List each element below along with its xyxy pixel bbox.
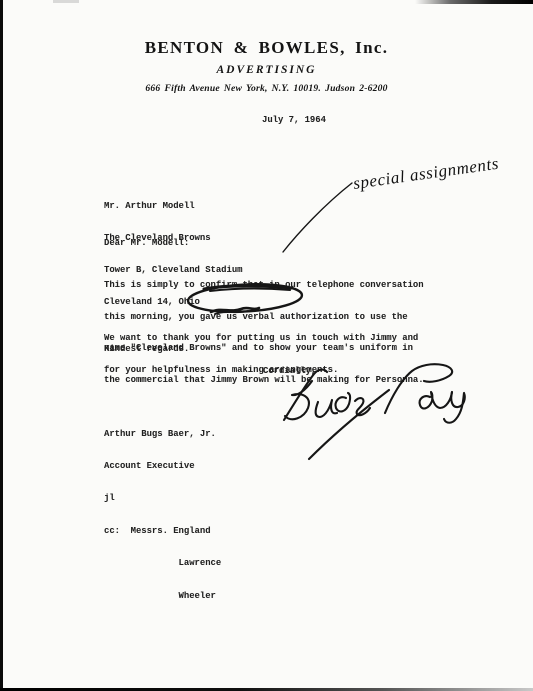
scan-edge-top-right	[415, 0, 533, 4]
signature-stroke	[444, 392, 465, 423]
cc-line: Lawrence	[104, 558, 221, 569]
signature-stroke	[420, 392, 452, 408]
letterhead-company: BENTON & BOWLES, Inc.	[0, 38, 533, 58]
body-line: for your helpfulness in making arrangeme…	[104, 365, 418, 376]
salutation: Dear Mr. Modell:	[104, 238, 189, 249]
body-line: This is simply to confirm that in our te…	[104, 280, 424, 291]
signer-name: Arthur Bugs Baer, Jr.	[104, 429, 221, 440]
letterhead-tagline: ADVERTISING	[0, 64, 533, 76]
letterhead-address: 666 Fifth Avenue New York, N.Y. 10019. J…	[0, 83, 533, 94]
scan-smudge	[53, 0, 79, 3]
body-line: We want to thank you for putting us in t…	[104, 333, 418, 344]
scan-edge-left	[0, 0, 3, 691]
valediction: Cordially,	[263, 366, 316, 377]
closing-line: Kindest regards.	[104, 344, 189, 355]
signer-block: Arthur Bugs Baer, Jr. Account Executive …	[104, 407, 221, 623]
typist-initials: jl	[104, 493, 221, 504]
cc-line: Wheeler	[104, 591, 221, 602]
handwritten-annotation: special assignments	[352, 154, 500, 193]
annotation-pointer-line	[283, 183, 352, 252]
scan-edge-bottom	[0, 688, 533, 691]
date-line: July 7, 1964	[262, 115, 326, 126]
cc-line: cc: Messrs. England	[104, 526, 221, 537]
signer-title: Account Executive	[104, 461, 221, 472]
letter-page: BENTON & BOWLES, Inc. ADVERTISING 666 Fi…	[0, 0, 533, 691]
recipient-line: Mr. Arthur Modell	[104, 201, 242, 212]
